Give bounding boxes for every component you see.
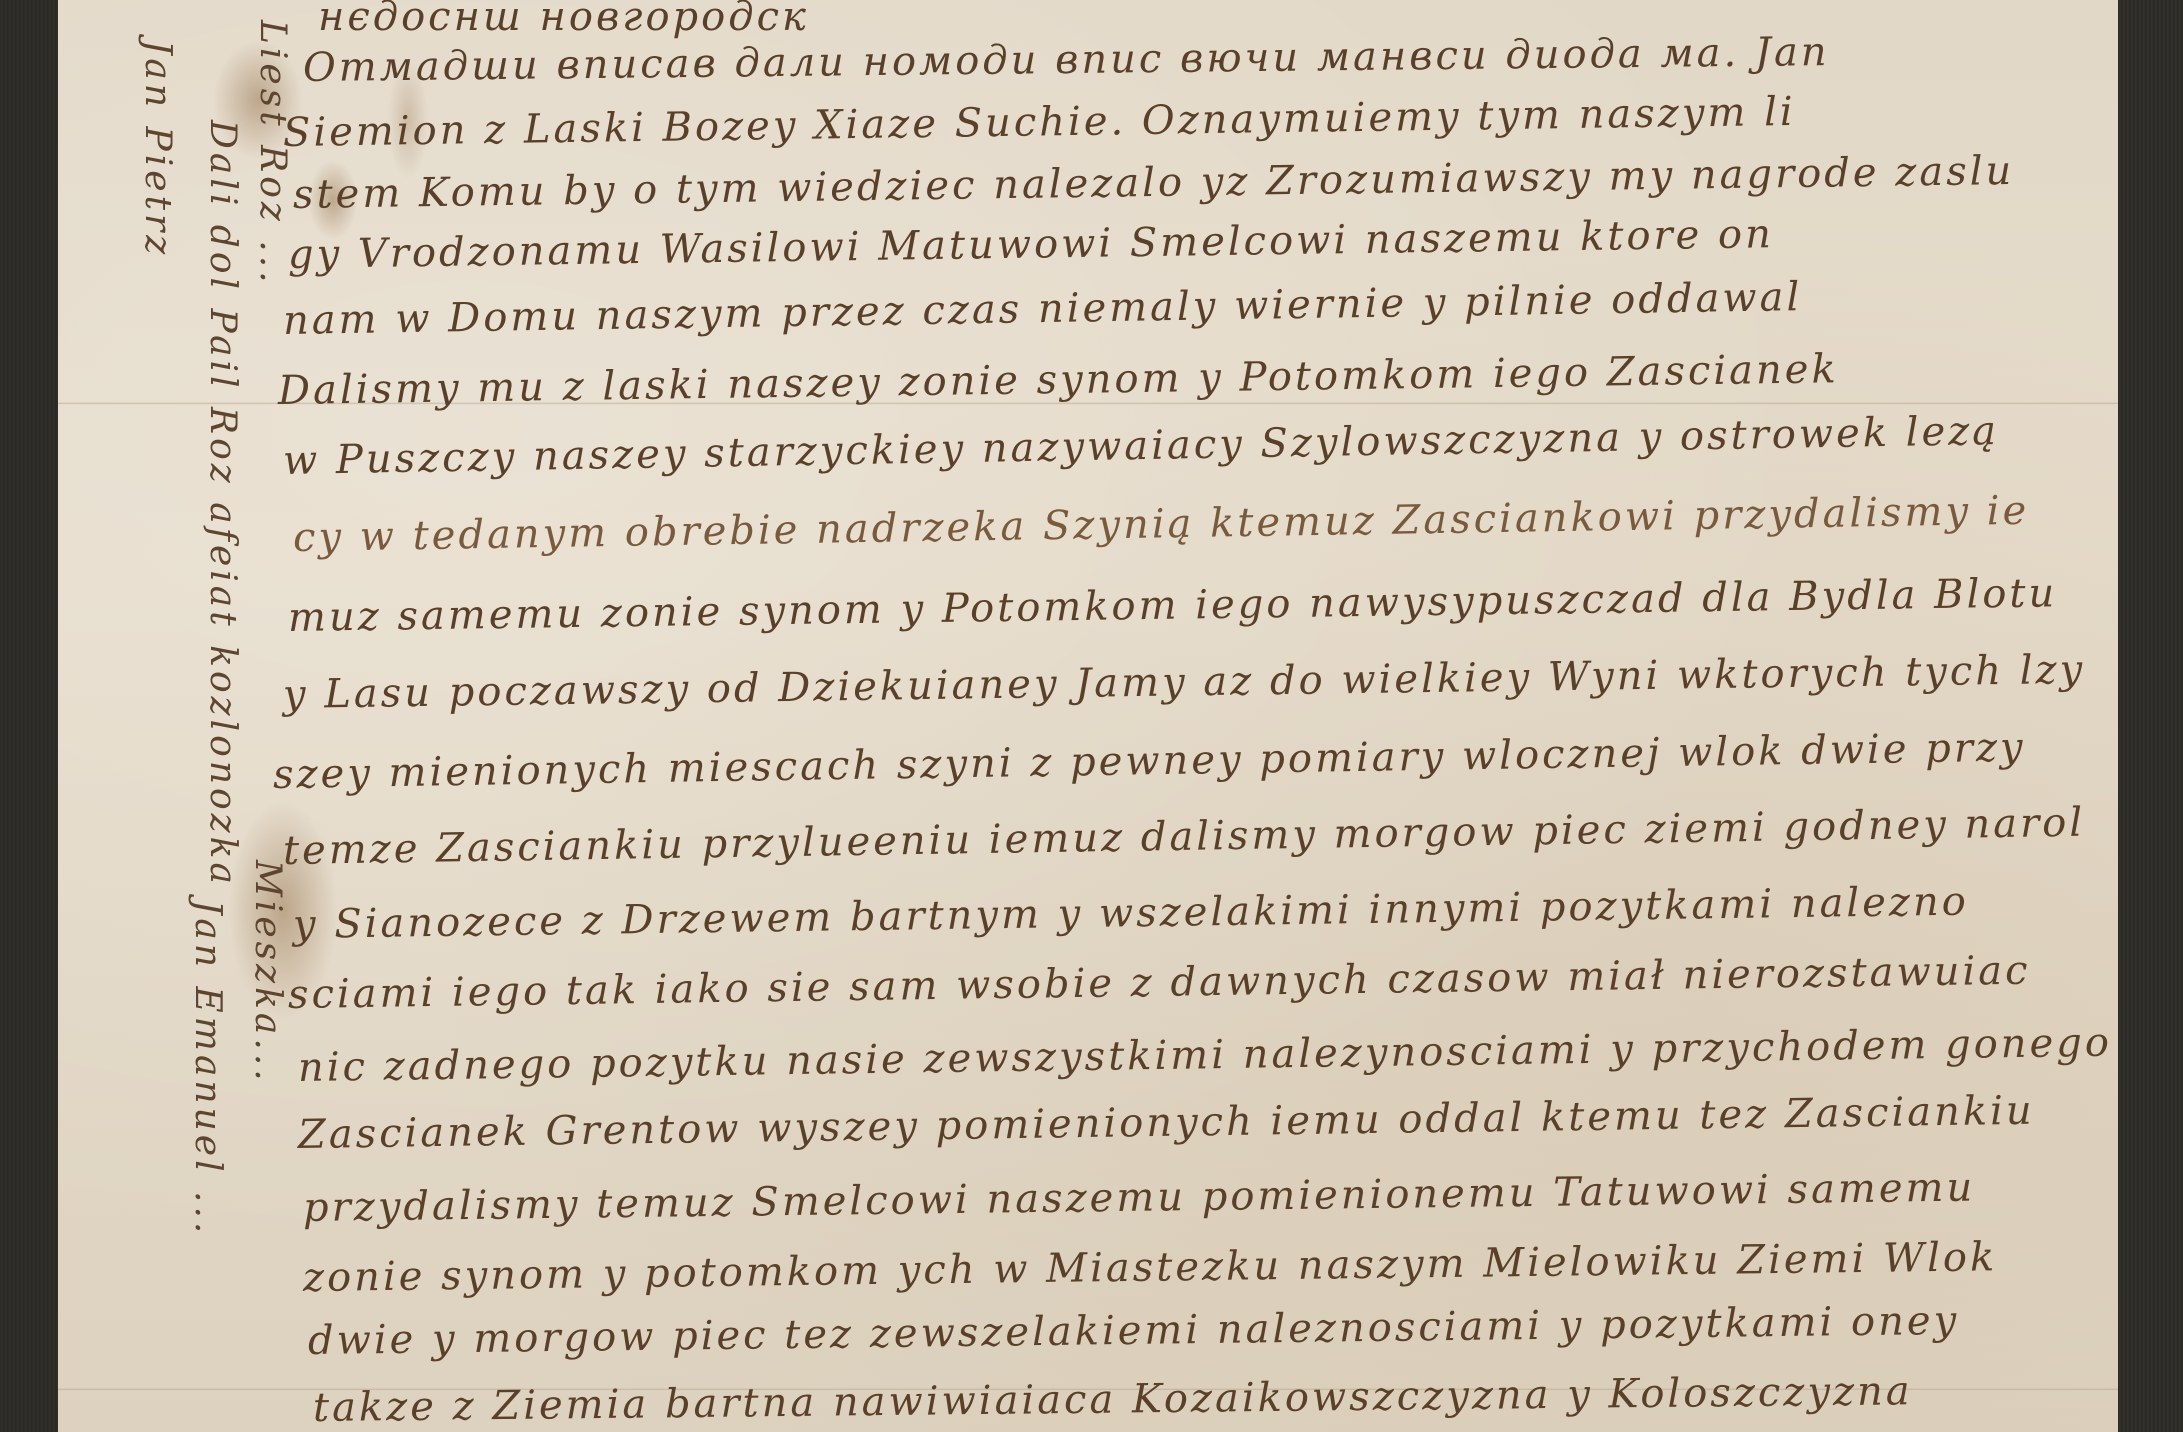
text-line: takze z Ziemia bartna nawiwiaiaca Kozaik… xyxy=(313,1368,1913,1431)
manuscript-page: Liest Roz ... Dali dol Pail Roz afeiat k… xyxy=(58,0,2118,1432)
text-line: нєдоснш новгородск xyxy=(318,0,809,40)
text-line: gy Vrodzonamu Wasilowi Matuwowi Smelcowi… xyxy=(288,211,1774,278)
text-line: dwie y morgow piec tez zewszelakiemi nal… xyxy=(308,1298,1960,1364)
text-line: y Lasu poczawszy od Dziekuianey Jamy az … xyxy=(283,647,2086,718)
text-line: szey mienionych miescach szyni z pewney … xyxy=(273,724,2026,798)
text-line: nic zadnego pozytku nasie zewszystkimi n… xyxy=(298,1020,2113,1091)
margin-note: Dali dol Pail Roz afeiat kozlonozka xyxy=(202,120,243,888)
margin-note: Jan Pietrz xyxy=(137,40,178,258)
margin-note: Jan Emanuel ... xyxy=(187,900,228,1237)
text-line: zonie synom y potomkom ych w Miastezku n… xyxy=(303,1234,1998,1301)
text-line: nam w Domu naszym przez czas niemaly wie… xyxy=(283,274,1803,344)
text-line: Siemion z Laski Bozey Xiaze Suchie. Ozna… xyxy=(283,89,1796,156)
text-line: Zascianek Grentow wyszey pomienionych ie… xyxy=(298,1088,2035,1158)
text-line: y Sianozece z Drzewem bartnym y wszelaki… xyxy=(293,879,1969,948)
scan-border-left xyxy=(0,0,58,1432)
text-line: muz samemu zonie synom y Potomkom iego n… xyxy=(288,570,2058,641)
text-line: sciami iego tak iako sie sam wsobie z da… xyxy=(288,948,2031,1018)
text-line: cy w tedanym obrebie nadrzeka Szynią kte… xyxy=(293,488,2030,561)
text-line: przydalismy temuz Smelcowi naszemu pomie… xyxy=(303,1165,1976,1231)
margin-note: Mieszka... xyxy=(247,860,288,1085)
text-line: temze Zasciankiu przylueeniu iemuz dalis… xyxy=(283,800,2086,874)
scan-border-right xyxy=(2118,0,2183,1432)
text-line: stem Komu by o tym wiedziec nalezalo yz … xyxy=(293,148,2015,218)
text-line: w Puszczy naszey starzyckiey nazywaiacy … xyxy=(283,408,2000,484)
